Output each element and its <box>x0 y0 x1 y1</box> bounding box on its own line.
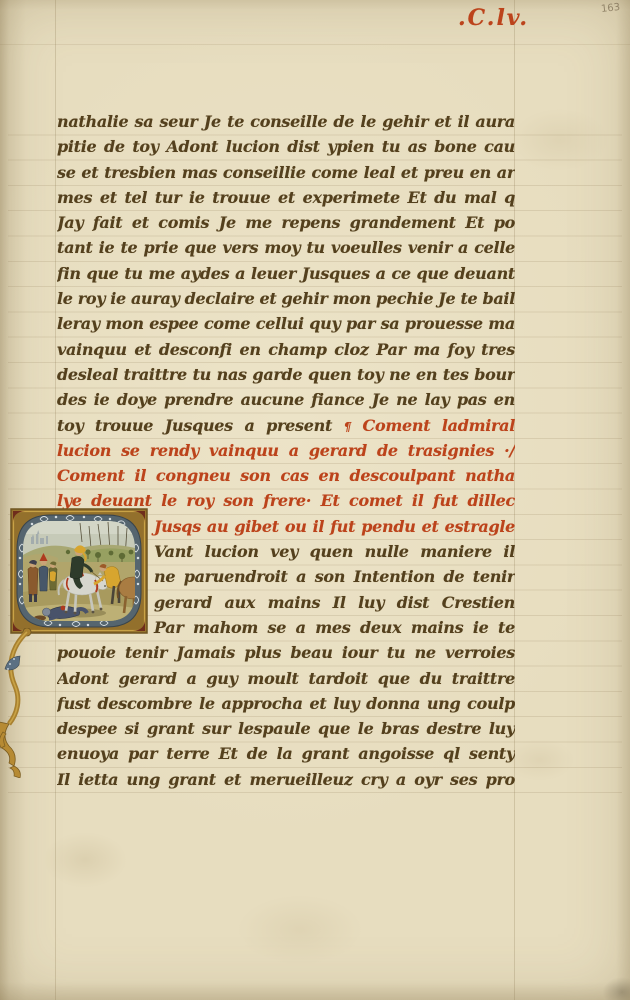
body-text: leray mon espee come cellui quy par sa p… <box>57 314 515 333</box>
body-text: Vant lucion vey quen nulle maniere il <box>154 542 515 561</box>
manuscript-line: le roy ie auray declaire et gehir mon pe… <box>57 286 515 311</box>
body-text: despee si grant sur lespaule que le bras… <box>57 719 515 738</box>
rubric-text: Jusqs au gibet ou il fut pendu et estrag… <box>154 517 515 536</box>
manuscript-line: desleal traittre tu nas garde quen toy n… <box>57 362 515 387</box>
body-text: toy trouue Jusques a present <box>57 416 344 435</box>
body-text: fust descombre le approcha et luy donna … <box>57 694 515 713</box>
manuscript-line: vainquu et desconfi en champ cloz Par ma… <box>57 337 515 362</box>
folio-heading: .C.lv. <box>458 5 568 31</box>
body-text: fin que tu me aydes a leuer Jusques a ce… <box>57 264 515 283</box>
manuscript-line: pouoie tenir Jamais plus beau iour tu ne… <box>57 640 515 665</box>
body-text: des ie doye prendre aucune fiance Je ne … <box>57 390 515 409</box>
body-text: ne paruendroit a son Intention de tenir <box>154 567 515 586</box>
historiated-initial-miniature <box>10 508 148 634</box>
manuscript-line: Il ietta ung grant et merueilleuz cry a … <box>57 767 515 792</box>
manuscript-line: fust descombre le approcha et luy donna … <box>57 691 515 716</box>
manuscript-line: mes et tel tur ie trouue et experimete E… <box>57 185 515 210</box>
rubric-text: lucion se rendy vainquu a gerard de tras… <box>57 441 515 460</box>
body-text: Jay fait et comis Je me repens grandemen… <box>57 213 515 232</box>
body-text: vainquu et desconfi en champ cloz Par ma… <box>57 340 515 359</box>
text-block: nathalie sa seur Je te conseille de le g… <box>57 109 515 792</box>
blue-leaf <box>5 656 20 670</box>
manuscript-line: leray mon espee come cellui quy par sa p… <box>57 311 515 336</box>
manuscript-line: lucion se rendy vainquu a gerard de tras… <box>57 438 515 463</box>
manuscript-line: despee si grant sur lespaule que le bras… <box>57 716 515 741</box>
rubric-text: Coment il congneu son cas en descoulpant… <box>57 466 515 485</box>
body-text: desleal traittre tu nas garde quen toy n… <box>57 365 515 384</box>
body-text: enuoya par terre Et de la grant angoisse… <box>57 744 515 763</box>
body-text: mes et tel tur ie trouue et experimete E… <box>57 188 515 207</box>
manuscript-line: toy trouue Jusques a present ¶ Coment la… <box>57 413 515 438</box>
body-text: Adont gerard a guy moult tardoit que du … <box>57 669 515 688</box>
rubric-text: ¶ <box>344 420 351 434</box>
body-text: le roy ie auray declaire et gehir mon pe… <box>57 289 515 308</box>
manuscript-page: .C.lv. 163 nathalie sa seur Je te consei… <box>0 0 630 1000</box>
corner-foliation-number: 163 <box>600 2 620 15</box>
manuscript-line: fin que tu me aydes a leuer Jusques a ce… <box>57 261 515 286</box>
left-ruling-line <box>55 0 56 1000</box>
top-ruling-line <box>0 44 630 45</box>
manuscript-line: des ie doye prendre aucune fiance Je ne … <box>57 387 515 412</box>
body-text: se et tresbien mas conseillie come leal … <box>57 163 515 182</box>
manuscript-line: Adont gerard a guy moult tardoit que du … <box>57 666 515 691</box>
manuscript-line: tant ie te prie que vers moy tu voeulles… <box>57 235 515 260</box>
rubric-text: Coment ladmiral <box>351 416 515 435</box>
initial-tail-flourish <box>0 628 62 778</box>
miniature-scene <box>23 521 147 621</box>
body-text: pouoie tenir Jamais plus beau iour tu ne… <box>57 643 515 662</box>
body-text: Par mahom se a mes deux mains ie te <box>154 618 515 637</box>
manuscript-line: se et tresbien mas conseillie come leal … <box>57 160 515 185</box>
body-text: Il ietta ung grant et merueilleuz cry a … <box>57 770 515 789</box>
manuscript-line: Coment il congneu son cas en descoulpant… <box>57 463 515 488</box>
body-text: nathalie sa seur Je te conseille de le g… <box>57 112 515 131</box>
manuscript-line: enuoya par terre Et de la grant angoisse… <box>57 741 515 766</box>
body-text: pitie de toy Adont lucion dist ypien tu … <box>57 137 515 156</box>
manuscript-line: Jay fait et comis Je me repens grandemen… <box>57 210 515 235</box>
body-text: tant ie te prie que vers moy tu voeulles… <box>57 238 515 257</box>
manuscript-line: nathalie sa seur Je te conseille de le g… <box>57 109 515 134</box>
manuscript-line: pitie de toy Adont lucion dist ypien tu … <box>57 134 515 159</box>
body-text: gerard aux mains Il luy dist Crestien <box>154 593 515 612</box>
